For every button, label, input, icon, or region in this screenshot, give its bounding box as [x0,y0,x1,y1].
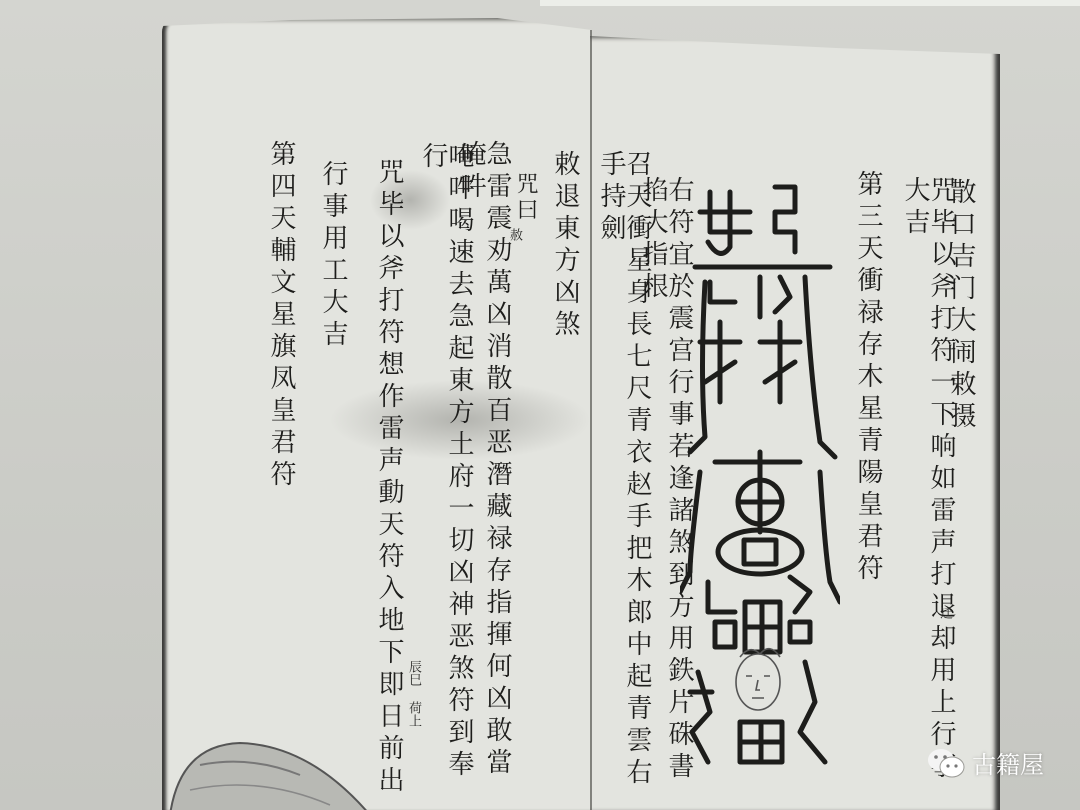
watermark-text: 古籍屋 [972,745,1044,780]
text-column-r5: 召天衝星身長七尺青衣赵手把木郎中起青雲右手持劍 [598,150,650,810]
margin-note: 赦 [505,228,524,241]
text-column-r3: 第三天衝禄存木星青陽皇君符 [855,170,881,586]
text-column-l2: 咒曰 [514,172,536,224]
thumb-shadow [160,735,420,810]
wechat-icon [926,747,966,779]
open-manuscript: 散口吉门大闹敕摄 咒毕以斧打符一下响如雷声打退却用上行事大吉 迁 第三天衝禄存木… [0,0,1080,810]
text-column-r2: 咒毕以斧打符一下响如雷声打退却用上行事大吉 [902,176,954,810]
watermark: 古籍屋 [926,745,1044,780]
text-column-l1: 敕退東方凶煞 [552,150,578,342]
text-column-l4: 唵吽喝速去急起東方土府一切凶神恶煞符到奉行 [420,142,472,810]
text-column-l5: 咒毕以斧打符想作雷声動天符入地下即日前出 [376,158,402,798]
book-spine [590,30,592,810]
text-column-l6: 行事用工大吉 [320,160,346,352]
margin-note: 迁 [935,606,954,619]
talisman-glyph [680,172,840,772]
text-column-l7: 第四天輔文星旗凤皇君符 [268,140,294,492]
margin-note: 辰巳 荷上 [404,660,423,727]
